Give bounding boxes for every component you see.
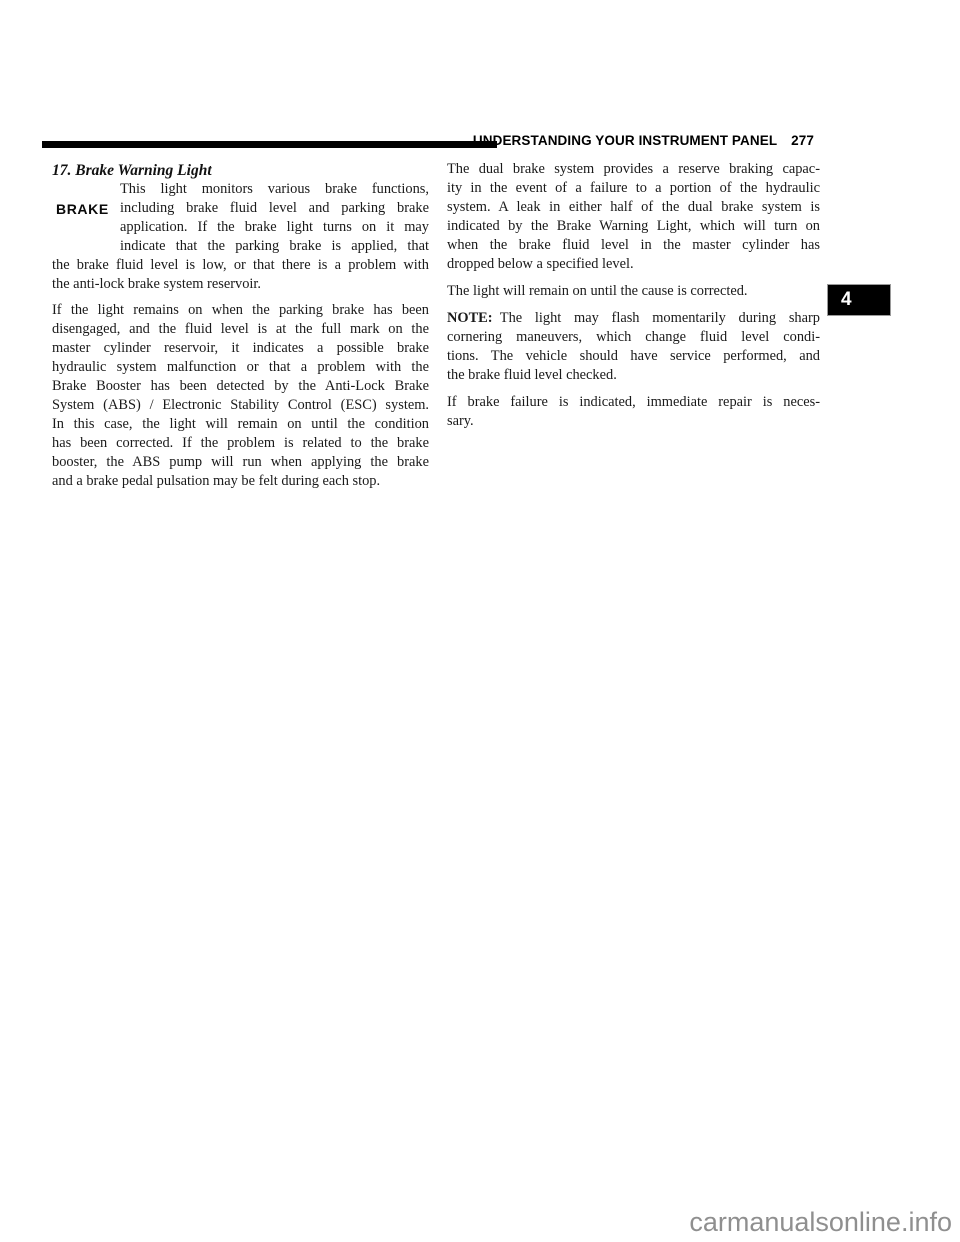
manual-page: UNDERSTANDING YOUR INSTRUMENT PANEL277 1… <box>0 0 960 1242</box>
text-line: system. A leak in either half of the dua… <box>447 198 820 217</box>
text-line: cornering maneuvers, which change fluid … <box>447 328 820 347</box>
text-line: The light will remain on until the cause… <box>447 282 820 301</box>
text-line: tions. The vehicle should have service p… <box>447 347 820 366</box>
text-line: the brake fluid level checked. <box>447 366 820 385</box>
text-line: master cylinder reservoir, it indicates … <box>52 339 429 358</box>
text-line: when the brake fluid level in the master… <box>447 236 820 255</box>
text-line: disengaged, and the fluid level is at th… <box>52 320 429 339</box>
watermark-text: carmanualsonline.info <box>689 1206 952 1238</box>
note-label: NOTE: <box>447 310 493 326</box>
brake-telltale-label: BRAKE <box>52 200 109 219</box>
paragraph-brake-failure: If brake failure is indicated, immediate… <box>447 393 820 431</box>
header-title: UNDERSTANDING YOUR INSTRUMENT PANEL <box>473 133 777 148</box>
paragraph-light-remain-until-corrected: The light will remain on until the cause… <box>447 282 820 301</box>
text-line: indicated by the Brake Warning Light, wh… <box>447 217 820 236</box>
chapter-tab-number: 4 <box>828 285 890 315</box>
text-line: ity in the event of a failure to a porti… <box>447 179 820 198</box>
chapter-tab: 4 <box>827 284 891 316</box>
text-line: The dual brake system provides a reserve… <box>447 160 820 179</box>
right-column: The dual brake system provides a reserve… <box>447 160 820 431</box>
page-number: 277 <box>791 133 814 148</box>
page-header: UNDERSTANDING YOUR INSTRUMENT PANEL277 <box>473 134 814 148</box>
paragraph-dual-brake-system: The dual brake system provides a reserve… <box>447 160 820 274</box>
text-line: System (ABS) / Electronic Stability Cont… <box>52 396 429 415</box>
text-line: has been corrected. If the problem is re… <box>52 434 429 453</box>
section-heading: 17. Brake Warning Light <box>52 161 429 180</box>
text-line: sary. <box>447 412 820 431</box>
paragraph-brake-light-intro: BRAKE This light monitors various brake … <box>52 180 429 294</box>
text-line: In this case, the light will remain on u… <box>52 415 429 434</box>
text-line: booster, the ABS pump will run when appl… <box>52 453 429 472</box>
text-line: the brake fluid level is low, or that th… <box>52 256 429 275</box>
text-line: and a brake pedal pulsation may be felt … <box>52 472 429 491</box>
text-line: dropped below a specified level. <box>447 255 820 274</box>
text-line: If the light remains on when the parking… <box>52 301 429 320</box>
text-line: If brake failure is indicated, immediate… <box>447 393 820 412</box>
brake-warning-icon: BRAKE <box>52 180 120 256</box>
left-column: 17. Brake Warning Light BRAKE This light… <box>52 161 429 491</box>
text-line: Brake Booster has been detected by the A… <box>52 377 429 396</box>
header-rule <box>42 141 497 148</box>
paragraph-note: NOTE: The light may flash momentarily du… <box>447 309 820 385</box>
text-line: hydraulic system malfunction or that a p… <box>52 358 429 377</box>
paragraph-light-remains-on: If the light remains on when the parking… <box>52 301 429 491</box>
text-line: the anti-lock brake system reservoir. <box>52 275 429 294</box>
text-line: NOTE: The light may flash momentarily du… <box>447 309 820 328</box>
